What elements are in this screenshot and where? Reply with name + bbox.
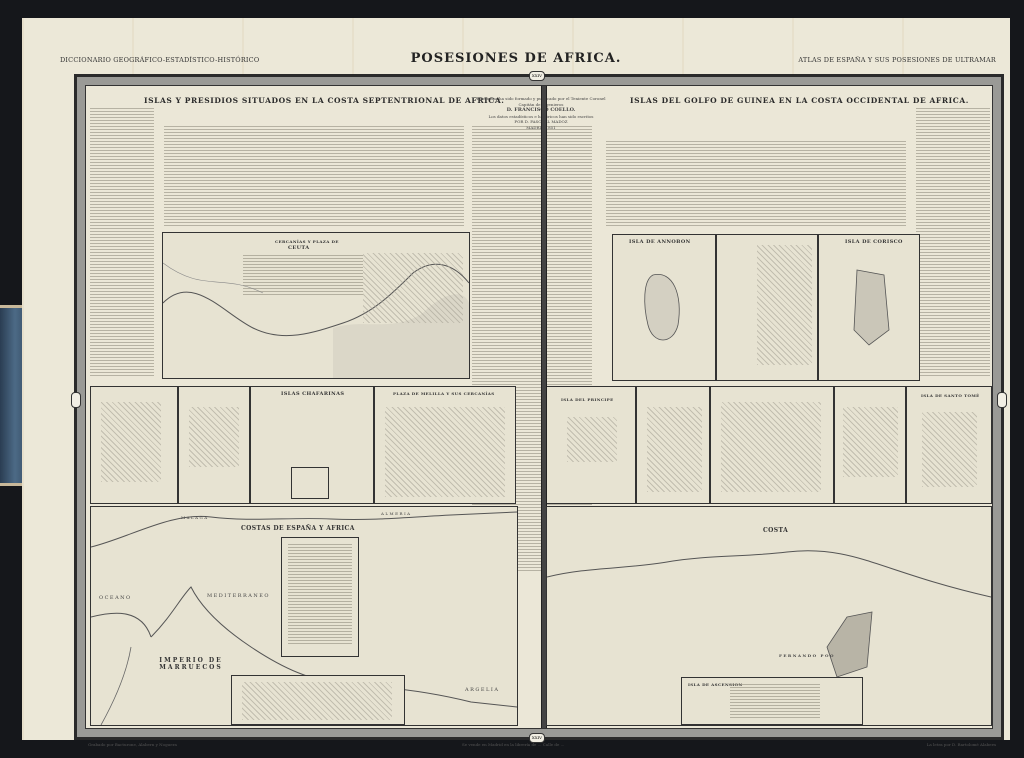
text-left-header (164, 126, 464, 226)
map-ceuta[interactable]: CERCANÍAS Y PLAZA DE CEUTA (162, 232, 470, 379)
inset-relief (922, 412, 977, 487)
marruecos-label: IMPERIO DE MARRUECOS (151, 657, 231, 671)
inset-relief (757, 245, 812, 365)
inset-title: ISLA DE SANTO TOMÉ (921, 393, 980, 398)
map-inset-principe[interactable]: ISLA DEL PRINCIPE (546, 386, 636, 504)
fernando-poo-label: FERNANDO POO (779, 653, 835, 658)
inset-relief (567, 417, 617, 462)
right-section-title: ISLAS DEL GOLFO DE GUINEA EN LA COSTA OC… (630, 96, 969, 105)
text-column-far-left (90, 108, 154, 378)
inset-relief (242, 682, 392, 720)
footer-right: La letra por D. Bartolomé Alabern (927, 742, 996, 747)
map-costa-guinea[interactable]: COSTA FERNANDO POO OCEANO GOLFO DE GUINE… (546, 506, 992, 726)
sub-inset (291, 467, 329, 499)
text-column-far-right (916, 108, 990, 378)
map-inset-alhucemas[interactable] (178, 386, 250, 504)
map-frame: XXIV XXIV ISLAS Y PRESIDIOS SITUADOS EN … (74, 74, 1004, 740)
map-inset-d[interactable] (834, 386, 906, 504)
text-right-header (606, 141, 906, 226)
inset-relief (721, 402, 821, 492)
inset-title: ISLA DEL PRINCIPE (561, 397, 614, 402)
ceuta-peninsula-relief (363, 253, 463, 323)
inset-relief (385, 407, 505, 497)
map-inset-melilla[interactable]: PLAZA DE MELILLA Y SUS CERCANÍAS (374, 386, 516, 504)
oceano-label: OCEANO (99, 595, 132, 601)
side-medal-left (71, 392, 81, 408)
map-inset-santo-tome[interactable]: ISLA DE SANTO TOMÉ (906, 386, 992, 504)
inset-title: ISLAS CHAFARINAS (281, 391, 344, 397)
left-section-title: ISLAS Y PRESIDIOS SITUADOS EN LA COSTA S… (144, 96, 504, 105)
inset-relief (101, 402, 161, 482)
ascension-text (730, 684, 820, 720)
malaga-label: MALAGA (181, 515, 209, 520)
mediterraneo-label: MEDITERRANEO (207, 593, 270, 599)
map-content: ISLAS Y PRESIDIOS SITUADOS EN LA COSTA S… (85, 85, 993, 729)
side-medal-right (997, 392, 1007, 408)
map-coast-detail[interactable] (716, 234, 818, 381)
map-sheet: DICCIONARIO GEOGRÁFICO-ESTADÍSTICO-HISTÓ… (22, 18, 1010, 740)
sub-inset-legend (281, 537, 359, 657)
map-inset-chafarinas[interactable]: ISLAS CHAFARINAS (250, 386, 374, 504)
map-annobon[interactable]: ISLA DE ANNOBON (612, 234, 716, 381)
corisco-island (819, 235, 919, 380)
argelia-label: ARGELIA (465, 687, 499, 693)
almeria-label: ALMERIA (381, 511, 412, 516)
sheet-number-top: XXIV (529, 71, 545, 81)
costa-title: COSTA (763, 527, 788, 534)
footer-left: Grabado por Bacturone, Alabern y Noguera (88, 742, 177, 747)
coast-map-title: COSTAS DE ESPAÑA Y AFRICA (241, 525, 355, 532)
header-right: ATLAS DE ESPAÑA Y SUS POSESIONES DE ULTR… (798, 56, 996, 64)
sub-inset-gibraltar (231, 675, 405, 725)
inset-relief (189, 407, 239, 467)
inset-relief (843, 407, 898, 477)
text-column-center (472, 126, 592, 571)
map-inset-b[interactable] (636, 386, 710, 504)
legend-text (288, 544, 352, 644)
annobon-island (613, 235, 715, 380)
map-corisco[interactable]: ISLA DE CORISCO (818, 234, 920, 381)
map-inset-penon-velez[interactable] (90, 386, 178, 504)
map-costas-espana-africa[interactable]: COSTAS DE ESPAÑA Y AFRICA MEDITERRANEO O… (90, 506, 518, 726)
map-inset-c[interactable] (710, 386, 834, 504)
inset-title: PLAZA DE MELILLA Y SUS CERCANÍAS (393, 391, 495, 396)
inset-relief (647, 407, 702, 492)
footer-center: Se vende en Madrid en la librería de ...… (462, 742, 564, 747)
sub-inset-ascension: ISLA DE ASCENSION (681, 677, 863, 725)
